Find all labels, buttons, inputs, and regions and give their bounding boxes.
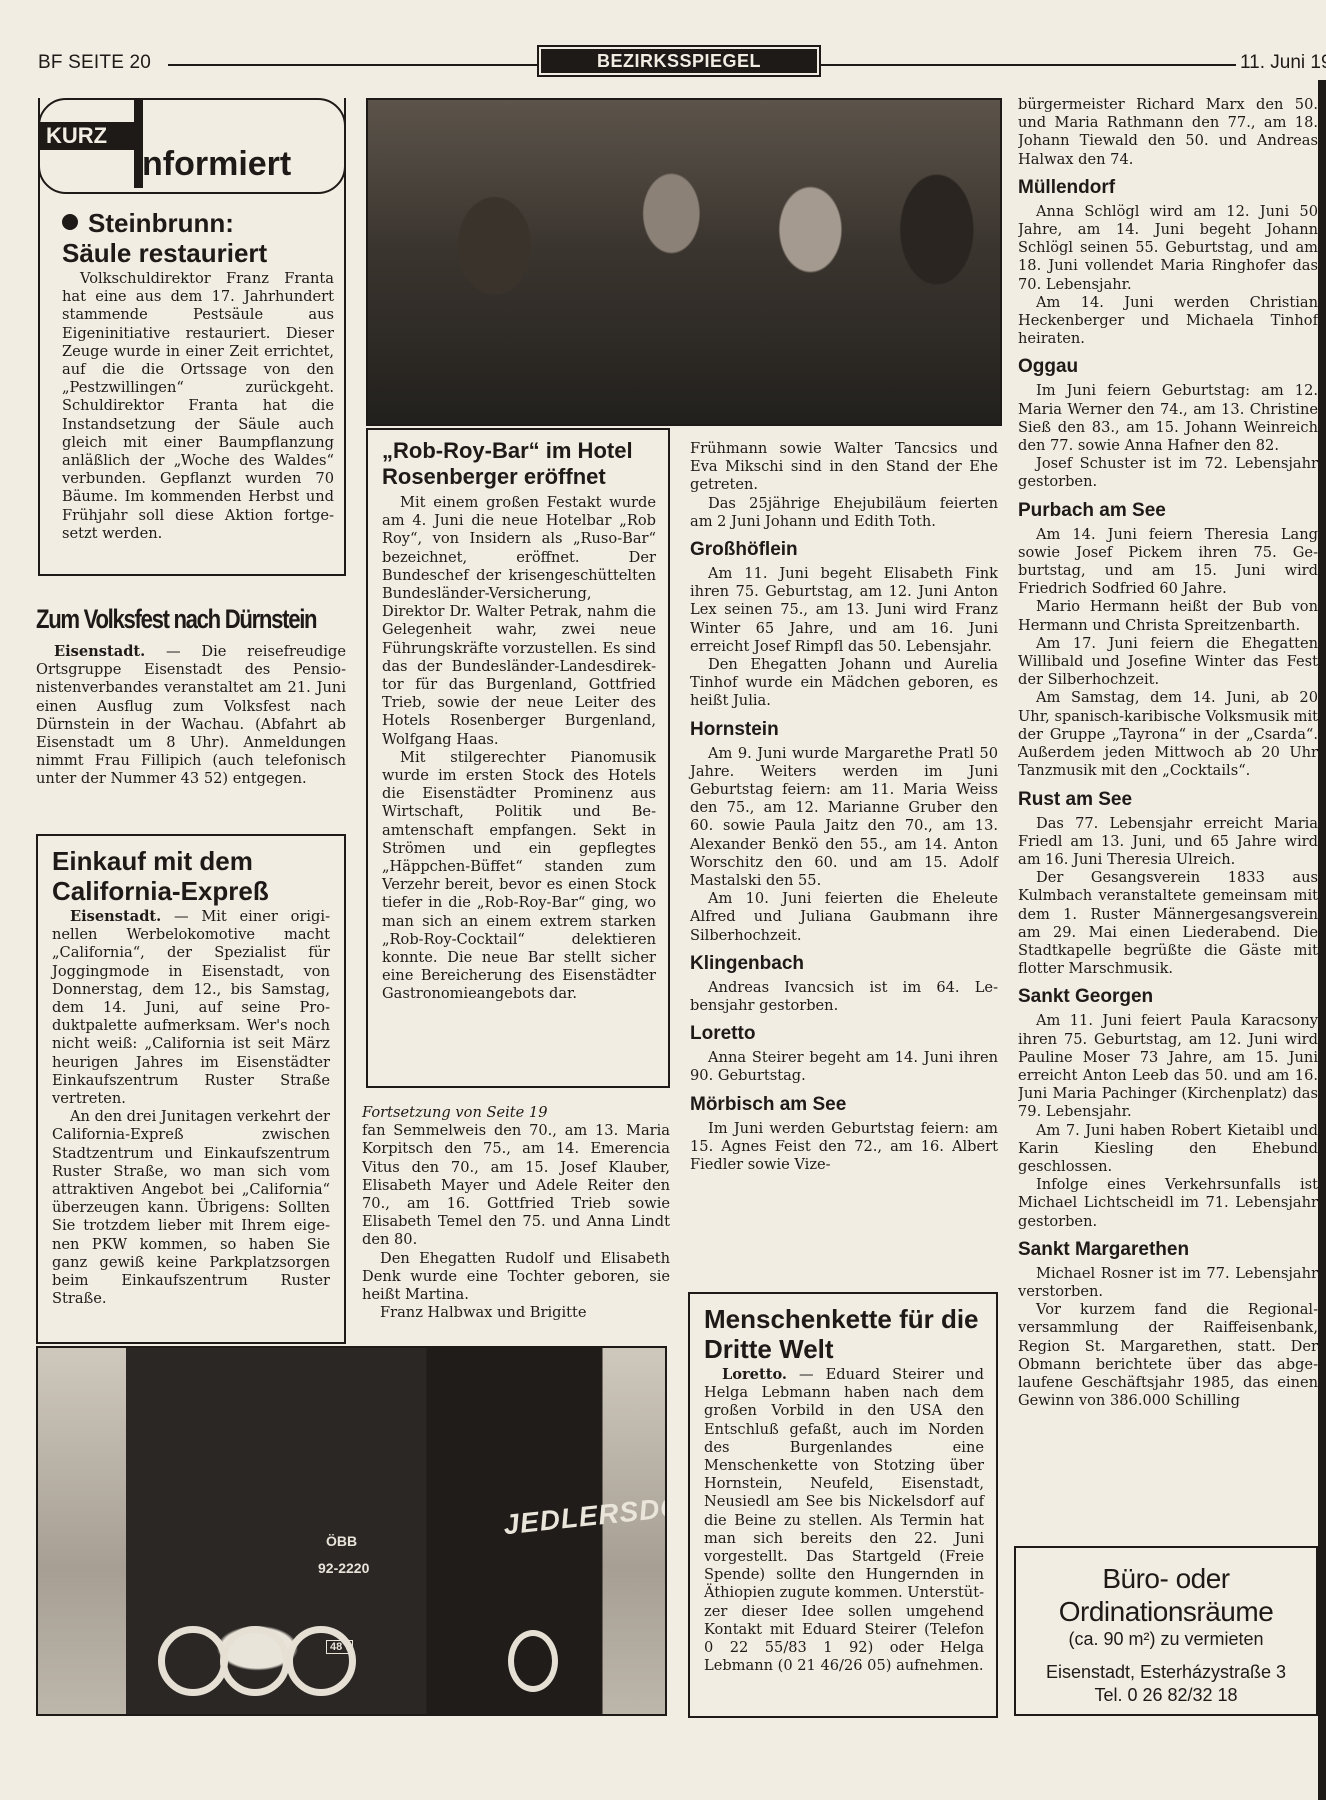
paragraph: Im Juni werden Geburtstag feiern: am 15.… (690, 1120, 998, 1175)
menschenkette-article: Menschenkette für die Dritte Welt Lorett… (688, 1292, 998, 1718)
steinbrunn-headline: Steinbrunn: Säule restauriert (62, 208, 334, 268)
robroy-p2: Mit stilgerechter Pianomusik wurde im er… (382, 749, 656, 1004)
paragraph: Den Ehegatten Johann und Aure­lia Tinhof… (690, 656, 998, 711)
paragraph: Am 7. Juni haben Robert Kietaibl und Kar… (1018, 1122, 1318, 1177)
paragraph: Josef Schuster ist im 72. Lebens­jahr ge… (1018, 455, 1318, 491)
train-photo: JEDLERSDORF ÖBB 92-2220 48 t (36, 1346, 667, 1716)
paragraph: Am 11. Juni begeht Elisabeth Fink ihren … (690, 565, 998, 656)
kurz-tag: KURZ (38, 122, 134, 150)
col4-cont-p1: bürgermeister Richard Marx den 50. und M… (1018, 96, 1318, 169)
fortsetzung-label: Fortsetzung von Seite 19 (362, 1104, 670, 1122)
section-banner: BEZIRKSSPIEGEL (537, 45, 821, 77)
wheel-1 (158, 1626, 228, 1696)
fortsetzung-p3: Franz Halbwax und Brigitte (362, 1304, 670, 1322)
paragraph: Andreas Ivancsich ist im 64. Le­bensjahr… (690, 979, 998, 1015)
wheel-2 (220, 1626, 290, 1696)
menschenkette-headline: Menschenkette für die Dritte Welt (704, 1304, 984, 1364)
ad-title-line-1: Büro- oder (1016, 1562, 1316, 1595)
paragraph: Am 14. Juni feiern Theresia Lang sowie J… (1018, 526, 1318, 599)
paragraph: Mario Hermann heißt der Bub von Hermann … (1018, 598, 1318, 634)
section-title-oggau: Oggau (1018, 356, 1318, 378)
section-title-muellendorf: Müllendorf (1018, 177, 1318, 199)
section-title-klingenbach: Klingenbach (690, 953, 998, 975)
ad-address: Eisenstadt, Esterházystraße 3 (1016, 1661, 1316, 1684)
menschenkette-body: Loretto. — Eduard Steirer und Helga Lebm… (704, 1366, 984, 1675)
section-title-grosshoeflein: Großhöflein (690, 539, 998, 561)
robroy-p1: Mit einem großen Festakt wurde am 4. Jun… (382, 494, 656, 749)
train-name-text: JEDLERSDORF (502, 1487, 667, 1542)
paragraph: Am 10. Juni feierten die Eheleute Alfred… (690, 890, 998, 945)
party-photo (366, 98, 1002, 426)
wheel-4 (508, 1630, 558, 1692)
paragraph: Am 11. Juni feiert Paula Karac­sony ihre… (1018, 1012, 1318, 1121)
rental-ad: Büro- oder Ordinationsräume (ca. 90 m²) … (1014, 1546, 1318, 1716)
volksfest-body: Eisenstadt. — Die reisefreudige Ortsgrup… (36, 643, 346, 789)
page-edge (1318, 80, 1326, 1800)
california-headline: Einkauf mit dem California-Expreß (52, 846, 330, 906)
paragraph: Der Gesangsverein 1833 aus Kulmbach vera… (1018, 869, 1318, 978)
california-p2: An den drei Junitagen ver­kehrt der Cali… (52, 1108, 330, 1308)
train-operator: ÖBB (326, 1533, 357, 1549)
california-article: Einkauf mit dem California-Expreß Eisens… (36, 834, 346, 1344)
fortsetzung-p2: Den Ehegatten Rudolf und Elisa­beth Denk… (362, 1250, 670, 1305)
volksfest-article: Zum Volksfest nach Dürnstein Eisenstadt.… (36, 604, 346, 789)
paragraph: Infolge eines Verkehrsunfalls ist Michae… (1018, 1176, 1318, 1231)
paragraph: Am 17. Juni feiern die Ehegatten Williba… (1018, 635, 1318, 690)
paragraph: Im Juni feiern Geburtstag: am 12. Maria … (1018, 382, 1318, 455)
california-p1: Eisenstadt. — Mit einer origi­nellen Wer… (52, 908, 330, 1108)
fortsetzung-article: Fortsetzung von Seite 19 fan Semmelweis … (362, 1104, 670, 1322)
informiert-word: nformiert (142, 146, 291, 182)
section-title-sankt-georgen: Sankt Georgen (1018, 986, 1318, 1008)
column-4: bürgermeister Richard Marx den 50. und M… (1018, 96, 1318, 1536)
issue-date: 11. Juni 1986 (1240, 52, 1326, 74)
paragraph: Am 14. Juni werden Christian Heckenberge… (1018, 294, 1318, 349)
section-title-hornstein: Hornstein (690, 719, 998, 741)
section-title-sankt-margarethen: Sankt Margarethen (1018, 1239, 1318, 1261)
train-number: 92-2220 (318, 1560, 369, 1576)
bullet-icon (62, 214, 78, 230)
paragraph: Anna Steirer begeht am 14. Juni ihren 90… (690, 1049, 998, 1085)
paragraph: Vor kurzem fand die Regional­versammlung… (1018, 1301, 1318, 1410)
robroy-headline: „Rob-Roy-Bar“ im Hotel Rosenberger eröff… (382, 438, 656, 490)
paragraph: Am 9. Juni wurde Margarethe Pratl 50 Jah… (690, 745, 998, 891)
steinbrunn-body: Volkschuldirektor Franz Franta hat eine … (62, 270, 334, 543)
section-title-moerbisch: Mörbisch am See (690, 1094, 998, 1116)
paragraph: Anna Schlögl wird am 12. Juni 50 Jahre, … (1018, 203, 1318, 294)
header-rule-left (168, 64, 538, 66)
ad-size-line: (ca. 90 m²) zu vermieten (1016, 1628, 1316, 1651)
ad-title-line-2: Ordinationsräume (1016, 1595, 1316, 1628)
col3-cont-p1: Frühmann sowie Walter Tancsics und Eva M… (690, 440, 998, 495)
fortsetzung-p1: fan Semmelweis den 70., am 13. Ma­ria Ko… (362, 1122, 670, 1249)
section-title-purbach: Purbach am See (1018, 500, 1318, 522)
paragraph: Das 77. Lebensjahr erreicht Ma­ria Fried… (1018, 815, 1318, 870)
section-title: BEZIRKSSPIEGEL (541, 49, 817, 73)
column-3: Frühmann sowie Walter Tancsics und Eva M… (690, 440, 998, 1174)
col3-cont-p2: Das 25jährige Ehejubiläum feier­ten am 2… (690, 495, 998, 531)
steinbrunn-article: Steinbrunn: Säule restauriert Volkschuld… (62, 208, 334, 543)
section-title-loretto: Loretto (690, 1023, 998, 1045)
robroy-article: „Rob-Roy-Bar“ im Hotel Rosenberger eröff… (366, 428, 670, 1088)
wheel-3 (286, 1626, 356, 1696)
header-rule-right (821, 64, 1236, 66)
section-title-rust: Rust am See (1018, 789, 1318, 811)
page-number: BF SEITE 20 (38, 52, 151, 74)
volksfest-headline: Zum Volksfest nach Dürnstein (36, 604, 348, 635)
paragraph: Michael Rosner ist im 77. Lebens­jahr ve… (1018, 1265, 1318, 1301)
paragraph: Am Samstag, dem 14. Juni, ab 20 Uhr, spa… (1018, 689, 1318, 780)
ad-phone: Tel. 0 26 82/32 18 (1016, 1684, 1316, 1707)
